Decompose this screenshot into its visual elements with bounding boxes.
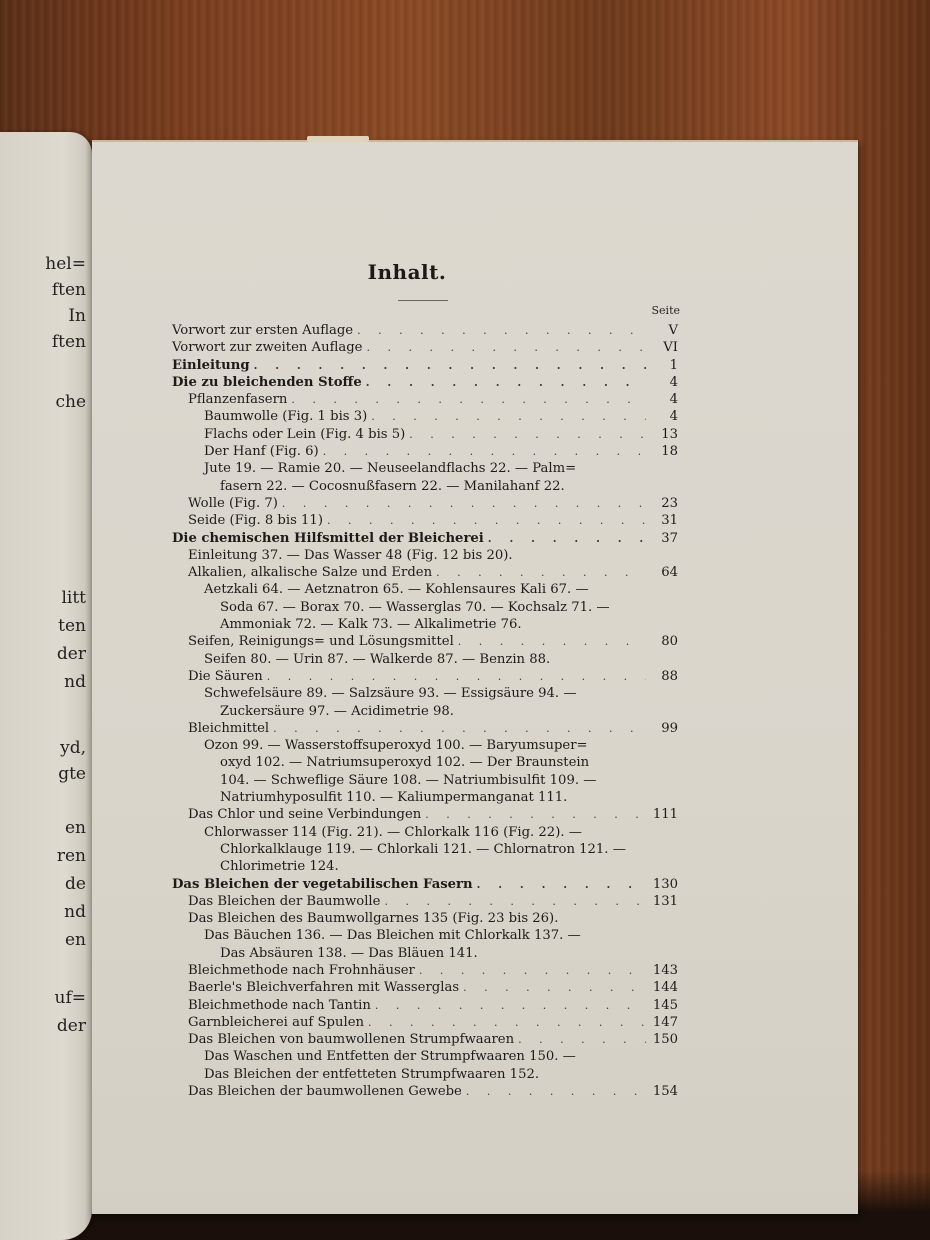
toc-entry: Einleitung 37. — Das Wasser 48 (Fig. 12 … (172, 547, 678, 564)
toc-page-number: 13 (650, 426, 678, 443)
left-page-text-fragment: ften (0, 280, 86, 300)
dot-leader (419, 962, 646, 979)
toc-entry: Seifen 80. — Urin 87. — Walkerde 87. — B… (172, 651, 678, 668)
toc-entry: Baumwolle (Fig. 1 bis 3)4 (172, 408, 678, 425)
toc-entry-label: Wolle (Fig. 7) (188, 495, 278, 512)
toc-page-number: VI (650, 339, 678, 356)
toc-entry-label: Schwefelsäure 89. — Salzsäure 93. — Essi… (204, 685, 577, 702)
toc-entry-label: Bleichmittel (188, 720, 269, 737)
toc-entry-label: Das Bleichen des Baumwollgarnes 135 (Fig… (188, 910, 558, 927)
toc-entry-label: Ammoniak 72. — Kalk 73. — Alkalimetrie 7… (220, 616, 522, 633)
toc-page: Inhalt. Seite Vorwort zur ersten Auflage… (92, 140, 858, 1214)
toc-entry: Die Säuren88 (172, 668, 678, 685)
toc-entry-label: Jute 19. — Ramie 20. — Neuseelandflachs … (204, 460, 576, 477)
toc-entry: Natriumhyposulfit 110. — Kaliumpermangan… (172, 789, 678, 806)
left-page-text-fragment: ten (0, 616, 86, 636)
toc-entry-label: Ozon 99. — Wasserstoffsuperoxyd 100. — B… (204, 737, 588, 754)
toc-entry: Bleichmethode nach Tantin145 (172, 997, 678, 1014)
toc-entry: Zuckersäure 97. — Acidimetrie 98. (172, 703, 678, 720)
dot-leader (368, 1014, 646, 1031)
dot-leader (425, 806, 646, 823)
toc-page-number: 143 (650, 962, 678, 979)
toc-entry: Schwefelsäure 89. — Salzsäure 93. — Essi… (172, 685, 678, 702)
toc-page-number: 111 (650, 806, 678, 823)
toc-page-number: 31 (650, 512, 678, 529)
toc-entry: Einleitung1 (172, 357, 678, 374)
dot-leader (282, 495, 646, 512)
toc-page-number: 37 (650, 530, 678, 547)
toc-entry: Bleichmethode nach Frohnhäuser143 (172, 962, 678, 979)
toc-entry: Die chemischen Hilfsmittel der Bleichere… (172, 530, 678, 547)
toc-entry: Das Bleichen von baumwollenen Strumpfwaa… (172, 1031, 678, 1048)
toc-entry: Vorwort zur zweiten AuflageVI (172, 339, 678, 356)
dot-leader (458, 633, 646, 650)
toc-entry: fasern 22. — Cocosnußfasern 22. — Manila… (172, 478, 678, 495)
toc-entry: Garnbleicherei auf Spulen147 (172, 1014, 678, 1031)
toc-entry: Das Bleichen der Baumwolle131 (172, 893, 678, 910)
toc-entry-label: Das Bleichen der Baumwolle (188, 893, 380, 910)
left-page-text-fragment: de (0, 874, 86, 894)
left-page-text-fragment: hel= (0, 254, 86, 274)
dot-leader (463, 979, 646, 996)
toc-page-number: 144 (650, 979, 678, 996)
toc-entry: oxyd 102. — Natriumsuperoxyd 102. — Der … (172, 754, 678, 771)
left-page-text-fragment: en (0, 818, 86, 838)
toc-entry-label: Das Bleichen der vegetabilischen Fasern (172, 876, 473, 893)
toc-entry: Das Bleichen der vegetabilischen Fasern1… (172, 876, 678, 893)
left-page-text-fragment: gte (0, 764, 86, 784)
toc-entry-label: Die chemischen Hilfsmittel der Bleichere… (172, 530, 484, 547)
toc-entry-label: Das Bäuchen 136. — Das Bleichen mit Chlo… (204, 927, 581, 944)
toc-entry-label: Chlorimetrie 124. (220, 858, 339, 875)
toc-entry: Alkalien, alkalische Salze und Erden64 (172, 564, 678, 581)
page-title: Inhalt. (92, 260, 722, 284)
toc-entry-label: Das Bleichen der baumwollenen Gewebe (188, 1083, 462, 1100)
toc-entry-label: Pflanzenfasern (188, 391, 287, 408)
dot-leader (466, 1083, 646, 1100)
toc-page-number: 4 (650, 391, 678, 408)
toc-page-number: 130 (650, 876, 678, 893)
toc-entry: Das Waschen und Entfetten der Strumpfwaa… (172, 1048, 678, 1065)
dot-leader (366, 339, 646, 356)
left-page-text-fragment: der (0, 644, 86, 664)
page-column-header: Seite (642, 304, 680, 317)
left-page-text-fragment: ren (0, 846, 86, 866)
toc-entry-label: Das Bleichen der entfetteten Strumpfwaar… (204, 1066, 539, 1083)
toc-entry: Ozon 99. — Wasserstoffsuperoxyd 100. — B… (172, 737, 678, 754)
toc-entry: Bleichmittel99 (172, 720, 678, 737)
left-page-text-fragment: ften (0, 332, 86, 352)
toc-entry: Das Bäuchen 136. — Das Bleichen mit Chlo… (172, 927, 678, 944)
toc-entry-label: Einleitung (172, 357, 250, 374)
toc-entry: 104. — Schweflige Säure 108. — Natriumbi… (172, 772, 678, 789)
dot-leader (436, 564, 646, 581)
toc-page-number: 131 (650, 893, 678, 910)
toc-page-number: 154 (650, 1083, 678, 1100)
dot-leader (518, 1031, 646, 1048)
toc-entry: Vorwort zur ersten AuflageV (172, 322, 678, 339)
toc-entry-label: Einleitung 37. — Das Wasser 48 (Fig. 12 … (188, 547, 513, 564)
toc-entry: Das Bleichen des Baumwollgarnes 135 (Fig… (172, 910, 678, 927)
left-page-text-fragment: nd (0, 672, 86, 692)
toc-entry-label: oxyd 102. — Natriumsuperoxyd 102. — Der … (220, 754, 589, 771)
toc-entry: Seifen, Reinigungs= und Lösungsmittel80 (172, 633, 678, 650)
left-page-text-fragment: yd, (0, 738, 86, 758)
dot-leader (267, 668, 646, 685)
dot-leader (409, 426, 646, 443)
toc-entry-label: Der Hanf (Fig. 6) (204, 443, 319, 460)
toc-page-number: 150 (650, 1031, 678, 1048)
toc-page-number: 1 (650, 357, 678, 374)
toc-entry-label: Seifen, Reinigungs= und Lösungsmittel (188, 633, 454, 650)
toc-entry: Jute 19. — Ramie 20. — Neuseelandflachs … (172, 460, 678, 477)
toc-entry: Aetzkali 64. — Aetznatron 65. — Kohlensa… (172, 581, 678, 598)
dot-leader (327, 512, 646, 529)
dot-leader (384, 893, 646, 910)
toc-page-number: 145 (650, 997, 678, 1014)
toc-page-number: 23 (650, 495, 678, 512)
toc-entry: Chlorwasser 114 (Fig. 21). — Chlorkalk 1… (172, 824, 678, 841)
toc-page-number: 88 (650, 668, 678, 685)
toc-entry: Ammoniak 72. — Kalk 73. — Alkalimetrie 7… (172, 616, 678, 633)
toc-page-number: 147 (650, 1014, 678, 1031)
toc-entry-label: Natriumhyposulfit 110. — Kaliumpermangan… (220, 789, 567, 806)
toc-entry: Flachs oder Lein (Fig. 4 bis 5)13 (172, 426, 678, 443)
toc-entry: Der Hanf (Fig. 6)18 (172, 443, 678, 460)
dot-leader (375, 997, 646, 1014)
toc-entry-label: Chlorwasser 114 (Fig. 21). — Chlorkalk 1… (204, 824, 582, 841)
left-page-edge: hel=ftenInftenchelitttenderndyd,gteenren… (0, 132, 92, 1240)
left-page-text-fragment: litt (0, 588, 86, 608)
toc-page-number: 99 (650, 720, 678, 737)
toc-page-number: 64 (650, 564, 678, 581)
dot-leader (323, 443, 646, 460)
toc-page-number: V (650, 322, 678, 339)
left-page-text-fragment: In (0, 306, 86, 326)
dot-leader (357, 322, 646, 339)
toc-entry: Chlorkalklauge 119. — Chlorkali 121. — C… (172, 841, 678, 858)
toc-page-number: 80 (650, 633, 678, 650)
toc-entry: Chlorimetrie 124. (172, 858, 678, 875)
toc-entry-label: Chlorkalklauge 119. — Chlorkali 121. — C… (220, 841, 626, 858)
dot-leader (291, 391, 646, 408)
toc-entry-label: Bleichmethode nach Tantin (188, 997, 371, 1014)
left-page-text-fragment: uf= (0, 988, 86, 1008)
left-page-text-fragment: der (0, 1016, 86, 1036)
toc-entry-label: Vorwort zur ersten Auflage (172, 322, 353, 339)
toc-entry-label: Das Absäuren 138. — Das Bläuen 141. (220, 945, 478, 962)
toc-entry: Das Chlor und seine Verbindungen111 (172, 806, 678, 823)
toc-entry: Das Bleichen der entfetteten Strumpfwaar… (172, 1066, 678, 1083)
toc-entry-label: Baumwolle (Fig. 1 bis 3) (204, 408, 367, 425)
toc-entry-label: 104. — Schweflige Säure 108. — Natriumbi… (220, 772, 596, 789)
toc-entry-label: Garnbleicherei auf Spulen (188, 1014, 364, 1031)
toc-entry: Wolle (Fig. 7)23 (172, 495, 678, 512)
toc-entry: Seide (Fig. 8 bis 11)31 (172, 512, 678, 529)
toc-entry-label: Soda 67. — Borax 70. — Wasserglas 70. — … (220, 599, 610, 616)
toc-entry-label: Vorwort zur zweiten Auflage (172, 339, 362, 356)
toc-entry-label: Flachs oder Lein (Fig. 4 bis 5) (204, 426, 405, 443)
toc-page-number: 18 (650, 443, 678, 460)
toc-entry: Das Absäuren 138. — Das Bläuen 141. (172, 945, 678, 962)
toc-page-number: 4 (650, 408, 678, 425)
toc-entry: Baerle's Bleichverfahren mit Wasserglas1… (172, 979, 678, 996)
left-page-text-fragment: en (0, 930, 86, 950)
toc-entry: Das Bleichen der baumwollenen Gewebe154 (172, 1083, 678, 1100)
toc-entry-label: Aetzkali 64. — Aetznatron 65. — Kohlensa… (204, 581, 589, 598)
dot-leader (477, 876, 646, 893)
toc-entry: Soda 67. — Borax 70. — Wasserglas 70. — … (172, 599, 678, 616)
dot-leader (366, 374, 646, 391)
toc-entry-label: Das Waschen und Entfetten der Strumpfwaa… (204, 1048, 576, 1065)
toc-page-number: 4 (650, 374, 678, 391)
dot-leader (254, 357, 646, 374)
dot-leader (488, 530, 646, 547)
left-page-text-fragment: che (0, 392, 86, 412)
toc-entry-label: Bleichmethode nach Frohnhäuser (188, 962, 415, 979)
table-of-contents: Vorwort zur ersten AuflageVVorwort zur z… (172, 322, 678, 1100)
toc-entry-label: Alkalien, alkalische Salze und Erden (188, 564, 432, 581)
toc-entry-label: Zuckersäure 97. — Acidimetrie 98. (220, 703, 454, 720)
left-page-text-fragment: nd (0, 902, 86, 922)
toc-entry-label: Baerle's Bleichverfahren mit Wasserglas (188, 979, 459, 996)
toc-entry-label: Die zu bleichenden Stoffe (172, 374, 362, 391)
toc-entry-label: Seide (Fig. 8 bis 11) (188, 512, 323, 529)
title-divider (398, 300, 448, 301)
dot-leader (371, 408, 646, 425)
toc-entry: Pflanzenfasern4 (172, 391, 678, 408)
toc-entry-label: Das Chlor und seine Verbindungen (188, 806, 421, 823)
toc-entry-label: Das Bleichen von baumwollenen Strumpfwaa… (188, 1031, 514, 1048)
toc-entry: Die zu bleichenden Stoffe4 (172, 374, 678, 391)
toc-entry-label: Die Säuren (188, 668, 263, 685)
toc-entry-label: fasern 22. — Cocosnußfasern 22. — Manila… (220, 478, 565, 495)
dot-leader (273, 720, 646, 737)
toc-entry-label: Seifen 80. — Urin 87. — Walkerde 87. — B… (204, 651, 550, 668)
